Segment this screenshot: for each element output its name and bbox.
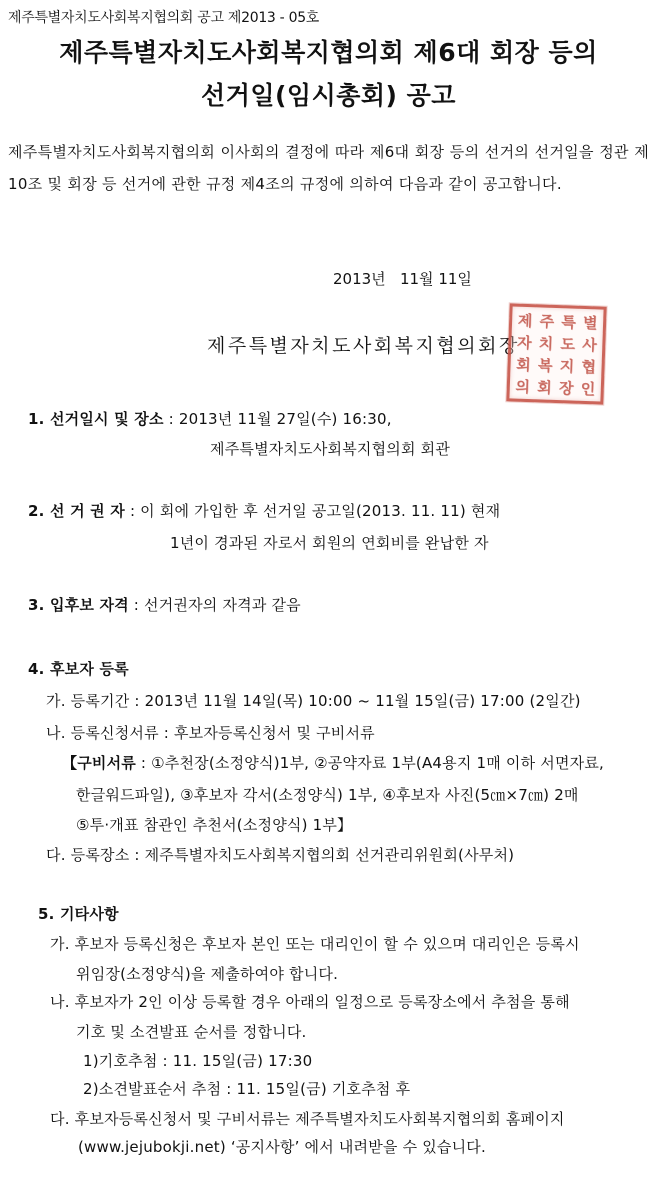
section-4-docs-cont-1: 한글워드파일), ③후보자 각서(소정양식) 1부, ④후보자 사진(5㎝×7㎝…: [76, 784, 579, 805]
seal-char: 자: [513, 330, 536, 353]
section-1-line: 1. 선거일시 및 장소 : 2013년 11월 27일(수) 16:30,: [28, 408, 392, 429]
seal-char: 도: [557, 332, 580, 355]
section-2-continuation: 1년이 경과된 자로서 회원의 연회비를 완납한 자: [170, 532, 489, 553]
seal-char: 협: [577, 355, 600, 378]
section-1-value: : 2013년 11월 27일(수) 16:30,: [164, 410, 392, 428]
notice-number: 제주특별자치도사회복지협의회 공고 제2013 - 05호: [8, 7, 319, 27]
section-3-line: 3. 입후보 자격 : 선거권자의 자격과 같음: [28, 594, 301, 615]
notice-document: 제주특별자치도사회복지협의회 공고 제2013 - 05호 제주특별자치도사회복…: [0, 0, 657, 1181]
seal-char: 장: [555, 376, 578, 399]
doc-title-line2: 선거일(임시총회) 공고: [0, 76, 657, 112]
seal-char: 주: [536, 309, 559, 332]
docs-value: : ①추천장(소정양식)1부, ②공약자료 1부(A4용지 1매 이하 서면자료…: [136, 754, 604, 772]
seal-char: 치: [535, 331, 558, 354]
section-5-item-ga-1: 가. 후보자 등록신청은 후보자 본인 또는 대리인이 할 수 있으며 대리인은…: [50, 933, 580, 954]
seal-char: 복: [534, 353, 557, 376]
section-4-docs-line: 【구비서류 : ①추천장(소정양식)1부, ②공약자료 1부(A4용지 1매 이…: [62, 752, 604, 773]
section-5-subitem-1: 1)기호추첨 : 11. 15일(금) 17:30: [83, 1050, 312, 1071]
seal-char: 지: [556, 354, 579, 377]
section-5-item-na-1: 나. 후보자가 2인 이상 등록할 경우 아래의 일정으로 등록장소에서 추첨을…: [50, 991, 570, 1012]
intro-paragraph: 제주특별자치도사회복지협의회 이사회의 결정에 따라 제6대 회장 등의 선거의…: [8, 136, 649, 200]
section-5-item-da-2: (www.jejubokji.net) ‘공지사항’ 에서 내려받을 수 있습니…: [78, 1136, 486, 1157]
section-5-subitem-2: 2)소견발표순서 추첨 : 11. 15일(금) 기호추첨 후: [83, 1078, 410, 1099]
seal-char: 제: [514, 309, 537, 332]
section-2-heading: 2. 선 거 권 자: [28, 502, 125, 520]
docs-heading: 【구비서류: [62, 754, 136, 772]
section-4-item-ga: 가. 등록기간 : 2013년 11월 14일(목) 10:00 ~ 11월 1…: [46, 690, 581, 711]
section-5-heading: 5. 기타사항: [38, 905, 119, 923]
section-4-item-na: 나. 등록신청서류 : 후보자등록신청서 및 구비서류: [46, 722, 375, 743]
seal-char: 회: [512, 352, 535, 375]
section-2-value: : 이 회에 가입한 후 선거일 공고일(2013. 11. 11) 현재: [125, 502, 500, 520]
signer-name: 제주특별자치도사회복지협의회장: [207, 331, 520, 358]
section-3-heading: 3. 입후보 자격: [28, 596, 129, 614]
section-4-docs-cont-2: ⑤투·개표 참관인 추천서(소정양식) 1부】: [76, 814, 352, 835]
seal-char: 특: [557, 310, 580, 333]
issue-date: 2013년 11월 11일: [333, 268, 472, 289]
section-4-heading: 4. 후보자 등록: [28, 660, 129, 678]
seal-char: 사: [578, 333, 601, 356]
section-1-continuation: 제주특별자치도사회복지협의회 회관: [210, 438, 450, 459]
section-4-line: 4. 후보자 등록: [28, 658, 129, 679]
seal-char: 별: [579, 311, 602, 334]
seal-char: 회: [533, 375, 556, 398]
official-seal: 제 주 특 별 자 치 도 사 회 복 지 협 의 회 장 인: [506, 303, 606, 404]
section-5-item-ga-2: 위임장(소정양식)을 제출하여야 합니다.: [76, 963, 338, 984]
section-5-item-na-2: 기호 및 소견발표 순서를 정합니다.: [76, 1021, 307, 1042]
section-5-line: 5. 기타사항: [38, 903, 119, 924]
section-4-item-da: 다. 등록장소 : 제주특별자치도사회복지협의회 선거관리위원회(사무처): [46, 844, 514, 865]
section-5-item-da-1: 다. 후보자등록신청서 및 구비서류는 제주특별자치도사회복지협의회 홈페이지: [50, 1108, 565, 1129]
seal-char: 인: [577, 377, 600, 400]
seal-char: 의: [511, 374, 534, 397]
section-3-value: : 선거권자의 자격과 같음: [129, 596, 301, 614]
doc-title-line1: 제주특별자치도사회복지협의회 제6대 회장 등의: [0, 33, 657, 69]
section-2-line: 2. 선 거 권 자 : 이 회에 가입한 후 선거일 공고일(2013. 11…: [28, 500, 500, 521]
section-1-heading: 1. 선거일시 및 장소: [28, 410, 164, 428]
